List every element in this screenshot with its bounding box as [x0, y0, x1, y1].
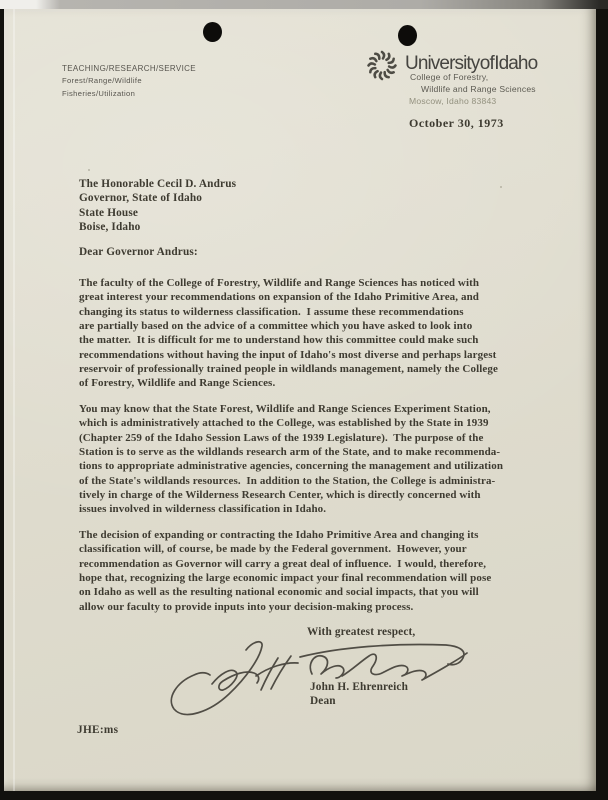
recipient-address: The Honorable Cecil D. AndrusGovernor, S…: [79, 177, 236, 234]
salutation: Dear Governor Andrus:: [79, 246, 198, 258]
body-paragraph-3: The decision of expanding or contracting…: [79, 528, 491, 614]
scanned-letter-page: TEACHING/RESEARCH/SERVICEForest/Range/Wi…: [0, 0, 608, 800]
scan-top-edge: [0, 0, 608, 9]
body-paragraph-1: The faculty of the College of Forestry, …: [79, 276, 498, 391]
date-line: October 30, 1973: [409, 116, 504, 131]
paper-crease: [13, 9, 15, 791]
punch-hole: [398, 25, 417, 46]
sunburst-icon: [365, 49, 399, 82]
punch-hole: [203, 22, 222, 42]
signer-title: Dean: [310, 695, 336, 707]
body-paragraph-2: You may know that the State Forest, Wild…: [79, 402, 503, 517]
letterhead-service-lines: TEACHING/RESEARCH/SERVICEForest/Range/Wi…: [62, 63, 196, 100]
college-line-2: Wildlife and Range Sciences: [421, 84, 536, 94]
letterhead-city-line: Moscow, Idaho 83843: [409, 96, 496, 106]
paper-speck: [88, 169, 90, 171]
typist-reference: JHE:ms: [77, 724, 118, 736]
college-line-1: College of Forestry,: [410, 72, 488, 82]
paper-speck: [500, 186, 502, 188]
signer-name: John H. Ehrenreich: [310, 681, 408, 693]
signature-image: [150, 636, 480, 722]
